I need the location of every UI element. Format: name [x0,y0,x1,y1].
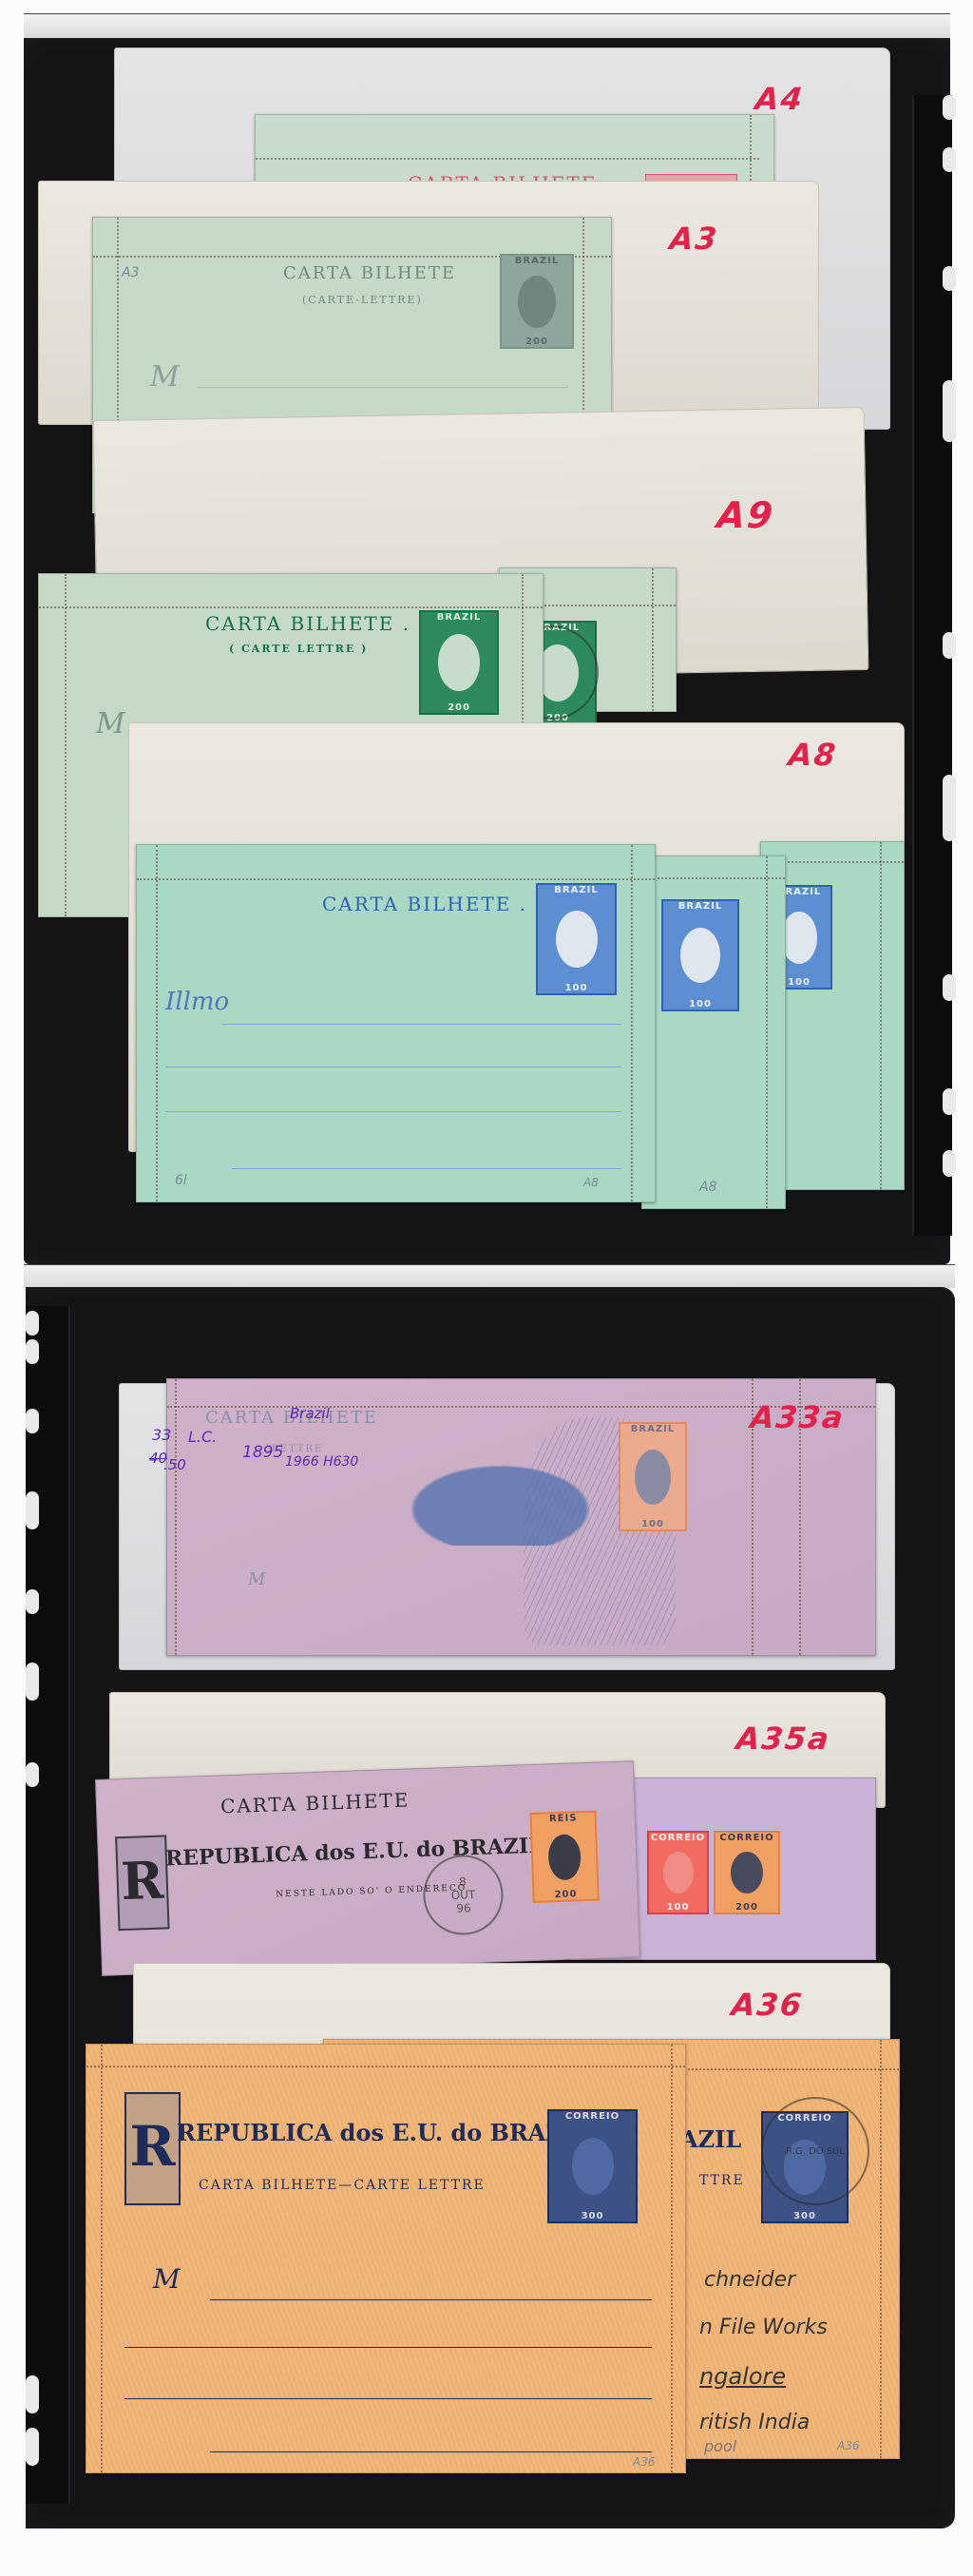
address-line-5: pool [704,2437,736,2455]
portrait [635,1450,671,1505]
address-line [210,2451,652,2452]
imprinted-stamp: BRAZIL 100 [661,899,739,1011]
salutation: Illmo [165,988,229,1016]
adhesive-stamp: CORREIO 100 [647,1831,709,1914]
binder-rail [26,1306,70,2504]
binder-hole [943,380,956,442]
address-line [165,1067,621,1067]
pencil-note: A8 [699,1180,716,1195]
perforation [65,574,67,916]
header-fragment: AZIL [680,2125,741,2153]
ornament-r: R [124,2092,181,2205]
salutation: M [248,1569,265,1589]
address-line [232,1168,621,1169]
binder-hole [943,147,956,172]
address-line [222,1024,621,1025]
perforation [766,856,768,1208]
perforation [39,606,543,608]
pencil-note: A36 [633,2455,655,2469]
pencil-note: A36 [837,2439,859,2452]
pencil-note: 6l [175,1173,187,1188]
annotation-country: Brazil [290,1405,330,1422]
address-line-1: chneider [704,2268,795,2292]
perforation [175,1379,177,1655]
binder-hole [26,1339,39,1364]
binder-hole [943,1088,956,1115]
group-label-a4: A4 [754,81,806,117]
letter-card-a35a[interactable]: CARTA BILHETE R REPUBLICA dos E.U. do BR… [95,1760,640,1976]
perforation [642,877,785,879]
portrait [556,911,598,968]
perforation [86,2066,685,2067]
annotation-33: 33 [152,1426,171,1444]
portrait [438,634,480,691]
card-title: CARTA BILHETE [220,1788,410,1817]
imprinted-stamp: BRAZIL 200 [419,610,499,715]
perforation [631,845,633,1201]
annotation-lc: L.C. [188,1428,217,1446]
imprinted-stamp: BRAZIL 100 [536,883,617,995]
binder-hole [26,1491,39,1529]
perforation [256,158,759,160]
address-line-3: ngalore [699,2363,786,2390]
salutation: M [96,707,125,740]
pencil-note: A8 [583,1176,599,1189]
ornament-r: R [115,1835,169,1931]
binder-hole [943,974,956,1001]
address-line [210,2299,652,2300]
portrait [680,928,720,983]
letter-card-a8-second[interactable]: BRAZIL 100 A8 [641,855,786,1209]
card-title: CARTA BILHETE [283,263,456,283]
binder-hole [26,1589,39,1614]
binder-hole [943,95,956,120]
salutation: M [150,360,180,394]
card-title: CARTA BILHETE . [322,893,527,915]
portrait [547,1834,582,1880]
binder-hole [26,1409,39,1433]
binder-hole [943,632,956,659]
card-header: REPUBLICA dos E.U. do BRAZIL [177,2119,589,2146]
portrait [518,276,556,328]
annotation-year: 1895 [242,1443,283,1462]
group-label-a3: A3 [668,221,720,257]
adhesive-stamp: CORREIO 200 [714,1831,780,1914]
binder-hole [943,266,956,291]
page-top-strip [24,13,950,39]
card-title: CARTA BILHETE—CARTE LETTRE [199,2178,486,2193]
group-label-a36: A36 [730,1987,805,2023]
address-line [165,1111,621,1112]
binder-hole [26,2428,39,2466]
annotation-price: .50 [163,1456,186,1473]
address-line [124,2347,652,2348]
perforation [156,845,158,1201]
postmark: 8 OUT 96 [422,1854,505,1936]
letter-card-a8[interactable]: CARTA BILHETE . BRAZIL 100 Illmo 6l A8 [136,844,656,1202]
group-label-a33a: A33a [749,1399,847,1435]
binder-hole [26,1311,39,1336]
portrait [731,1852,763,1894]
portrait [572,2138,614,2195]
perforation [880,842,882,1189]
annotation-catalog: 1966 H630 [285,1454,358,1470]
group-label-a35a: A35a [735,1721,832,1757]
portrait [663,1852,694,1894]
group-label-a8: A8 [787,737,839,773]
subtitle-fragment: TTRE [699,2173,745,2188]
imprinted-stamp: BRAZIL 100 [619,1422,687,1531]
card-title: CARTA BILHETE . [205,612,410,635]
perforation [880,2040,882,2458]
address-line-2: n File Works [699,2316,828,2339]
imprinted-stamp: CORREIO 300 [547,2109,638,2223]
postmark: R.G. DO SUL [761,2097,869,2205]
salutation: M [153,2263,181,2295]
group-label-a9: A9 [715,494,776,536]
letter-card-a36[interactable]: R REPUBLICA dos E.U. do BRAZIL CARTA BIL… [86,2044,686,2473]
portrait [781,912,817,964]
pencil-note: A3 [122,265,139,280]
binder-hole [943,775,956,841]
perforation [652,568,654,711]
perforation [101,2045,103,2472]
adhesive-stamp: REIS 200 [530,1811,600,1903]
perforation [671,2045,673,2472]
address-line [198,387,568,388]
card-subtitle: ( CARTE LETTRE ) [229,643,368,655]
binder-hole [943,1150,956,1177]
card-subtitle: (CARTE-LETTRE) [302,294,423,306]
binder-hole [26,1762,39,1787]
perforation [137,878,655,880]
imprinted-stamp: BRAZIL 200 [500,254,574,349]
page-gap-strip [24,1264,955,1288]
binder-hole [26,1663,39,1701]
address-line [124,2398,652,2399]
address-line-4: ritish India [699,2411,810,2434]
binder-hole [26,2375,39,2413]
